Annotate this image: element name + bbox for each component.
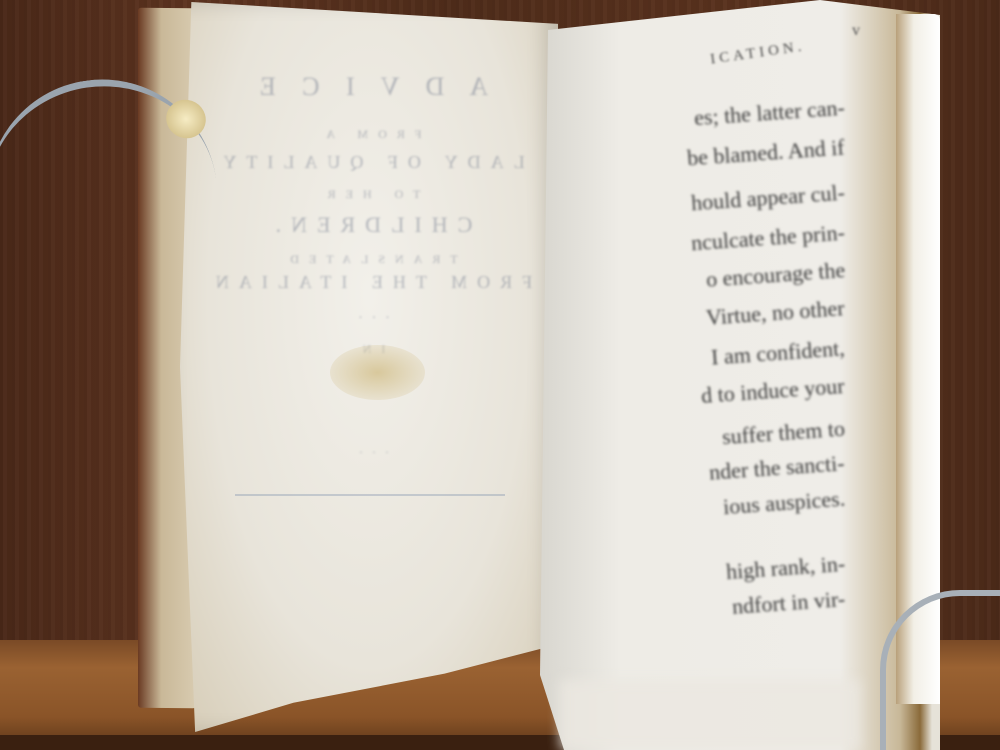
- motion-blur-page: [560, 680, 860, 750]
- bleed-line: LADY OF QUALITY: [180, 152, 558, 173]
- page-number: v: [852, 22, 860, 40]
- text-line: d to induce your: [701, 373, 846, 409]
- text-line: es; the latter can-: [693, 95, 845, 131]
- text-line: nculcate the prin-: [690, 220, 845, 257]
- paper-stain: [330, 345, 425, 400]
- text-line: ious auspices.: [722, 486, 846, 520]
- bleed-line: CHILDREN.: [180, 212, 558, 238]
- bleed-line: FROM A: [180, 127, 558, 142]
- text-line: o encourage the: [705, 257, 846, 293]
- text-line: Virtue, no other: [706, 295, 846, 331]
- right-page: es; the latter can- be blamed. And if ho…: [540, 0, 940, 750]
- text-line: nder the sancti-: [709, 450, 846, 485]
- text-line: be blamed. And if: [687, 135, 846, 172]
- bleed-line: A D V I C E: [180, 72, 558, 102]
- bleed-line: FROM THE ITALIAN: [180, 272, 558, 293]
- text-line: ndfort in vir-: [731, 586, 846, 620]
- bleed-line: ...: [180, 442, 558, 457]
- text-line: I am confident,: [710, 335, 845, 370]
- text-line: suffer them to: [721, 416, 846, 451]
- bleed-line: ...: [180, 307, 558, 323]
- bleed-line: TRANSLATED: [180, 252, 558, 267]
- text-line: high rank, in-: [725, 551, 846, 585]
- text-line: hould appear cul-: [690, 180, 845, 217]
- rule: [235, 494, 505, 496]
- bleed-line: TO HER: [180, 187, 558, 202]
